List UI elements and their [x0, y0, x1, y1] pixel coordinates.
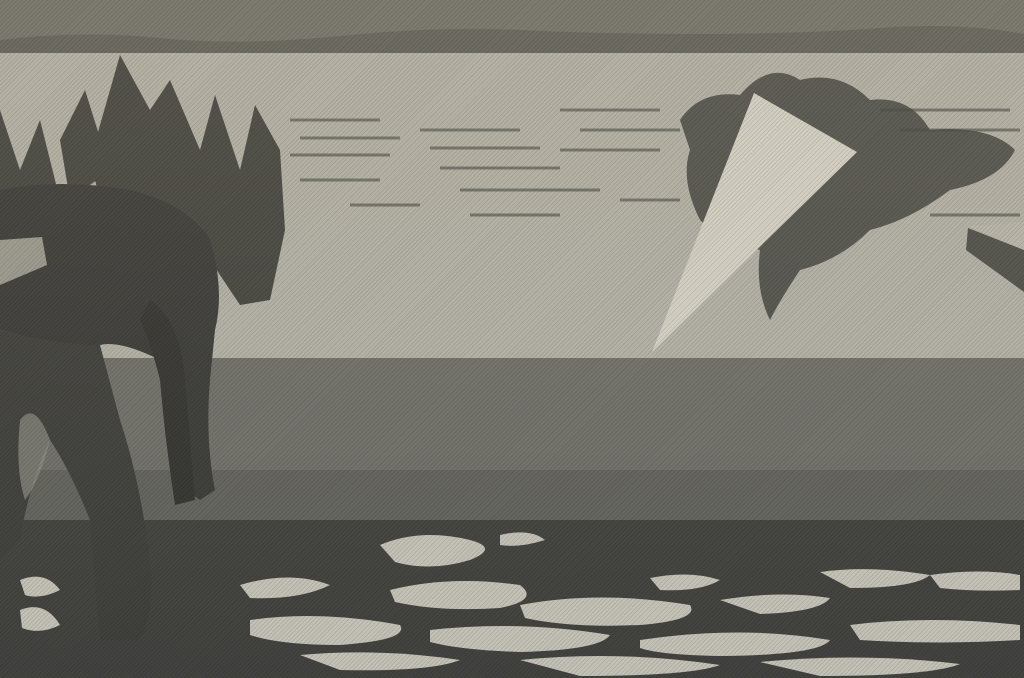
photo-canvas	[0, 0, 1024, 678]
photo-artwork	[0, 0, 1024, 678]
